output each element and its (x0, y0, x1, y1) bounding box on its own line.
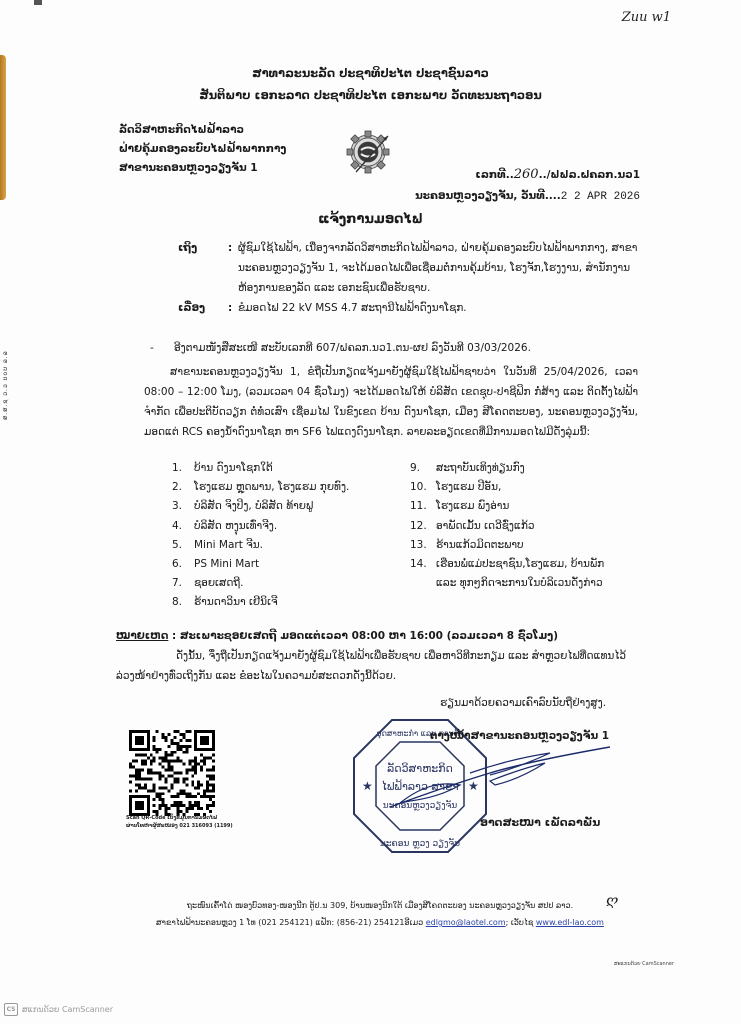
organization-line3: ສາຂານະຄອນຫຼວງວຽງຈັນ 1 (119, 159, 286, 178)
list-item-text: ຊອຍເສດຖີ. (194, 574, 244, 593)
reference-number-handwritten: 260 (514, 167, 539, 182)
list-item-continuation: ແລະ ທຸກໆກິດຈະການໃນບໍລິເວນດັ່ງກ່າວ (410, 574, 640, 593)
list-item: 7.ຊອຍເສດຖີ. (172, 574, 392, 593)
list-item-text: Mini Mart ຈີນ. (194, 536, 263, 555)
list-item-text: ໂຮງແຮມ ຫຼຸດພານ, ໂຮງແຮມ ກຸຍທົງ. (194, 478, 349, 497)
list-item-text: ບໍລິສັດ ຈິງປິງ, ບໍລິສັດ ທ້າຍຟູ (194, 497, 313, 516)
date-stamp: 2 2 APR 2026 (561, 191, 640, 203)
organization-block: ລັດວິສາຫະກິດໄຟຟ້າລາວ ຝ່າຍຄຸ້ມຄອງລະບົບໄຟຟ… (119, 121, 286, 178)
list-item-number: 6. (172, 555, 194, 574)
document-page: ສ.ສ.ຊ ວ.ວ ບ໐ບ ລ.ລ Zuu w1 ສາທາລະນະລັດ ປະຊ… (0, 0, 741, 1024)
regards: ຮຽນມາດ້ວຍຄວາມເຄົາລົບນັບຖືຢ່າງສູງ. (440, 697, 606, 709)
footer-initials: ღ (606, 893, 618, 909)
list-item: 6.PS Mini Mart (172, 555, 392, 574)
camscanner-watermark: CS ສແກນດ້ວຍ CamScanner (4, 1003, 113, 1016)
scanned-with-note: ສະແກນດ້ວຍ CamScanner (614, 961, 674, 967)
list-item: 10.ໂຮງແຮມ ປີອັນ, (410, 478, 640, 497)
list-item: 4.ບໍລິສັດ ຫງຸນເທົ່າຈີງ. (172, 517, 392, 536)
paper-clip-mark (34, 0, 42, 5)
list-item-text: ບ້ານ ດົງນາໂຊກໃຕ້ (194, 459, 273, 478)
list-item-text: PS Mini Mart (194, 555, 259, 574)
list-item-number: 1. (172, 459, 194, 478)
reference-date: ນະຄອນຫຼວງວຽງຈັນ, ວັນທີ....2 2 APR 2026 (400, 186, 640, 208)
list-item-number: 7. (172, 574, 194, 593)
closing-paragraph: ດັ່ງນັ້ນ, ຈຶ່ງຖືເປັນກຽດແຈ້ງມາຍັງຜູ້ຊົມໃຊ… (116, 646, 640, 686)
qr-caption: Scan QR-Code ເບິ່ງຂໍ້ມູນການມອດໄຟ ຜ່ານໂທຫ… (126, 814, 236, 830)
list-item: 2.ໂຮງແຮມ ຫຼຸດພານ, ໂຮງແຮມ ກຸຍທົງ. (172, 478, 392, 497)
list-item-text: ສະຖາບັນເທິງທ່ຽນກົງ (436, 459, 525, 478)
list-item-number: 14. (410, 555, 436, 574)
list-item-number: 5. (172, 536, 194, 555)
to-label: ເຖິງ (178, 238, 228, 298)
list-item-text: ໂຮງແຮມ ປີອັນ, (436, 478, 501, 497)
body-paragraph: ສາຂານະຄອນຫຼວງວຽງຈັນ 1, ຂໍຖືເປັນກຽດແຈ້ງມາ… (144, 362, 638, 442)
list-item-number: 9. (410, 459, 436, 478)
national-header: ສາທາລະນະລັດ ປະຊາທິປະໄຕ ປະຊາຊົນລາວ ສັນຕິພ… (0, 62, 741, 106)
handwritten-signature (370, 745, 610, 815)
list-item-text: ຮ້ານດາວິນາ ເຢີນິເຈີ (194, 593, 278, 612)
list-item: 9.ສະຖາບັນເທິງທ່ຽນກົງ (410, 459, 640, 478)
list-item-text: ເຮືອນພໍ່ແມ່ປະຊາຊົນ,ໂຮງແຮມ, ບ້ານພັກ (436, 555, 604, 574)
organization-line1: ລັດວິສາຫະກິດໄຟຟ້າລາວ (119, 121, 286, 140)
affected-areas-right: 9.ສະຖາບັນເທິງທ່ຽນກົງ10.ໂຮງແຮມ ປີອັນ,11.ໂ… (410, 459, 640, 593)
side-received-stamp: ສ.ສ.ຊ ວ.ວ ບ໐ບ ລ.ລ (2, 300, 12, 420)
list-item: 13.ຮ້ານແກ້ວມິດຕະພາບ (410, 536, 640, 555)
email-link[interactable]: edlgmo@laotel.com (426, 918, 506, 927)
list-item-text: ໂຮງແຮມ ພົງອ່ານ (436, 497, 509, 516)
footer-contact: ສາຂາໄຟຟ້ານະຄອນຫຼວງ 1 ໂທ (021 254121) ແຟັ… (120, 914, 640, 931)
note-text: : ສະເພາະຊອຍເສດຖີ ມອດແຕ່ເວລາ 08:00 ຫາ 16:… (172, 630, 558, 642)
subject-text: ຂໍມອດໄຟ 22 kV MSS 4.7 ສະຖານີໄຟຟ້າດົງນາໂຊ… (238, 298, 638, 318)
list-item: 12.ອາພັດເມັ້ນ ເດວີຊົ່ງແກ້ວ (410, 517, 640, 536)
subject-label: ເລື່ອງ (178, 298, 228, 318)
list-item-number: 3. (172, 497, 194, 516)
signer-name: ອາດສະໜາ ເພັດລາພັນ (480, 816, 600, 829)
to-row: ເຖິງ : ຜູ້ຊົມໃຊ້ໄຟຟ້າ, ເນື່ອງຈາກລັດວິສາຫ… (178, 238, 638, 298)
footer-address: ຖະໜົນເຄົ້າໂດ່ ໜອງບົວທອງ-ໜອງນີກ ຕູ້ປ.ນ 30… (120, 897, 640, 914)
list-item: 8.ຮ້ານດາວິນາ ເຢີນິເຈີ (172, 593, 392, 612)
qr-code[interactable] (126, 730, 218, 816)
list-item-number: 8. (172, 593, 194, 612)
list-item-number: 13. (410, 536, 436, 555)
addressee-block: ເຖິງ : ຜູ້ຊົມໃຊ້ໄຟຟ້າ, ເນື່ອງຈາກລັດວິສາຫ… (178, 238, 638, 318)
edl-gear-logo-icon (344, 128, 392, 176)
organization-line2: ຝ່າຍຄຸ້ມຄອງລະບົບໄຟຟ້າພາກກາງ (119, 140, 286, 159)
national-header-line1: ສາທາລະນະລັດ ປະຊາທິປະໄຕ ປະຊາຊົນລາວ (0, 62, 741, 84)
list-item-text: ອາພັດເມັ້ນ ເດວີຊົ່ງແກ້ວ (436, 517, 535, 536)
list-item: 3.ບໍລິສັດ ຈິງປິງ, ບໍລິສັດ ທ້າຍຟູ (172, 497, 392, 516)
list-item-number: 2. (172, 478, 194, 497)
list-item-number: 11. (410, 497, 436, 516)
affected-areas-left: 1.ບ້ານ ດົງນາໂຊກໃຕ້2.ໂຮງແຮມ ຫຼຸດພານ, ໂຮງແ… (172, 459, 392, 613)
reference-block: ເລກທີ..260../ຟຟລ.ຝຄລກ.ນວ1 ນະຄອນຫຼວງວຽງຈັ… (400, 164, 640, 208)
list-item-number: 12. (410, 517, 436, 536)
list-item: 14.ເຮືອນພໍ່ແມ່ປະຊາຊົນ,ໂຮງແຮມ, ບ້ານພັກ (410, 555, 640, 574)
national-header-line2: ສັນຕິພາບ ເອກະລາດ ປະຊາທິປະໄຕ ເອກະພາບ ວັດທ… (0, 84, 741, 106)
camscanner-logo-icon: CS (4, 1003, 18, 1016)
subject-row: ເລື່ອງ : ຂໍມອດໄຟ 22 kV MSS 4.7 ສະຖານີໄຟຟ… (178, 298, 638, 318)
list-item-number: 4. (172, 517, 194, 536)
signer-title: ຕາງໜ້າສາຂານະຄອນຫຼວງວຽງຈັນ 1 (430, 730, 609, 742)
reference-number: ເລກທີ..260../ຟຟລ.ຝຄລກ.ນວ1 (400, 164, 640, 186)
svg-text:ນະຄອນ ຫຼວງ ວຽງຈັນ: ນະຄອນ ຫຼວງ ວຽງຈັນ (380, 838, 460, 849)
to-text: ຜູ້ຊົມໃຊ້ໄຟຟ້າ, ເນື່ອງຈາກລັດວິສາຫະກິດໄຟຟ… (238, 238, 638, 298)
list-item-number: 10. (410, 478, 436, 497)
handwritten-note: Zuu w1 (622, 10, 671, 25)
list-item: 11.ໂຮງແຮມ ພົງອ່ານ (410, 497, 640, 516)
reference-line: -ອີງຕາມໜັງສືສະເໜີ ສະບັບເລກທີ 607/ຝຄລກ.ນວ… (150, 338, 531, 358)
camscanner-text: ສແກນດ້ວຍ CamScanner (22, 1005, 113, 1014)
list-item-text: ບໍລິສັດ ຫງຸນເທົ່າຈີງ. (194, 517, 277, 536)
list-item: 1.ບ້ານ ດົງນາໂຊກໃຕ້ (172, 459, 392, 478)
list-item-text: ຮ້ານແກ້ວມິດຕະພາບ (436, 536, 524, 555)
list-item: 5.Mini Mart ຈີນ. (172, 536, 392, 555)
note: ໝາຍເຫດ : ສະເພາະຊອຍເສດຖີ ມອດແຕ່ເວລາ 08:00… (116, 626, 558, 646)
website-link[interactable]: www.edl-lao.com (536, 918, 604, 927)
document-title: ແຈ້ງການມອດໄຟ (0, 212, 741, 227)
footer: ຖະໜົນເຄົ້າໂດ່ ໜອງບົວທອງ-ໜອງນີກ ຕູ້ປ.ນ 30… (120, 897, 640, 931)
note-label: ໝາຍເຫດ (116, 630, 168, 642)
